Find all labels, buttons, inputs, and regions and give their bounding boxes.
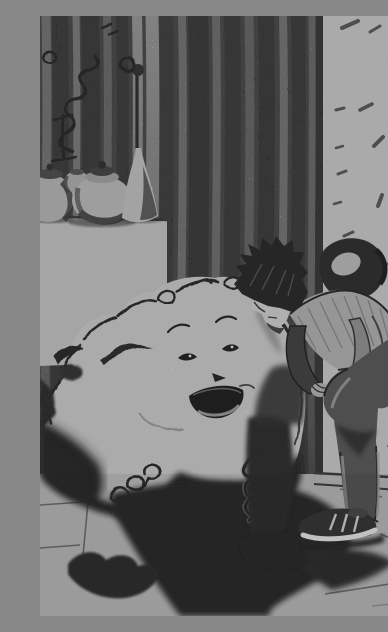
grain-overlay: [40, 16, 388, 616]
illustration-canvas: [40, 16, 388, 616]
illustration-frame: [40, 16, 388, 616]
floor-grain: [40, 474, 388, 616]
